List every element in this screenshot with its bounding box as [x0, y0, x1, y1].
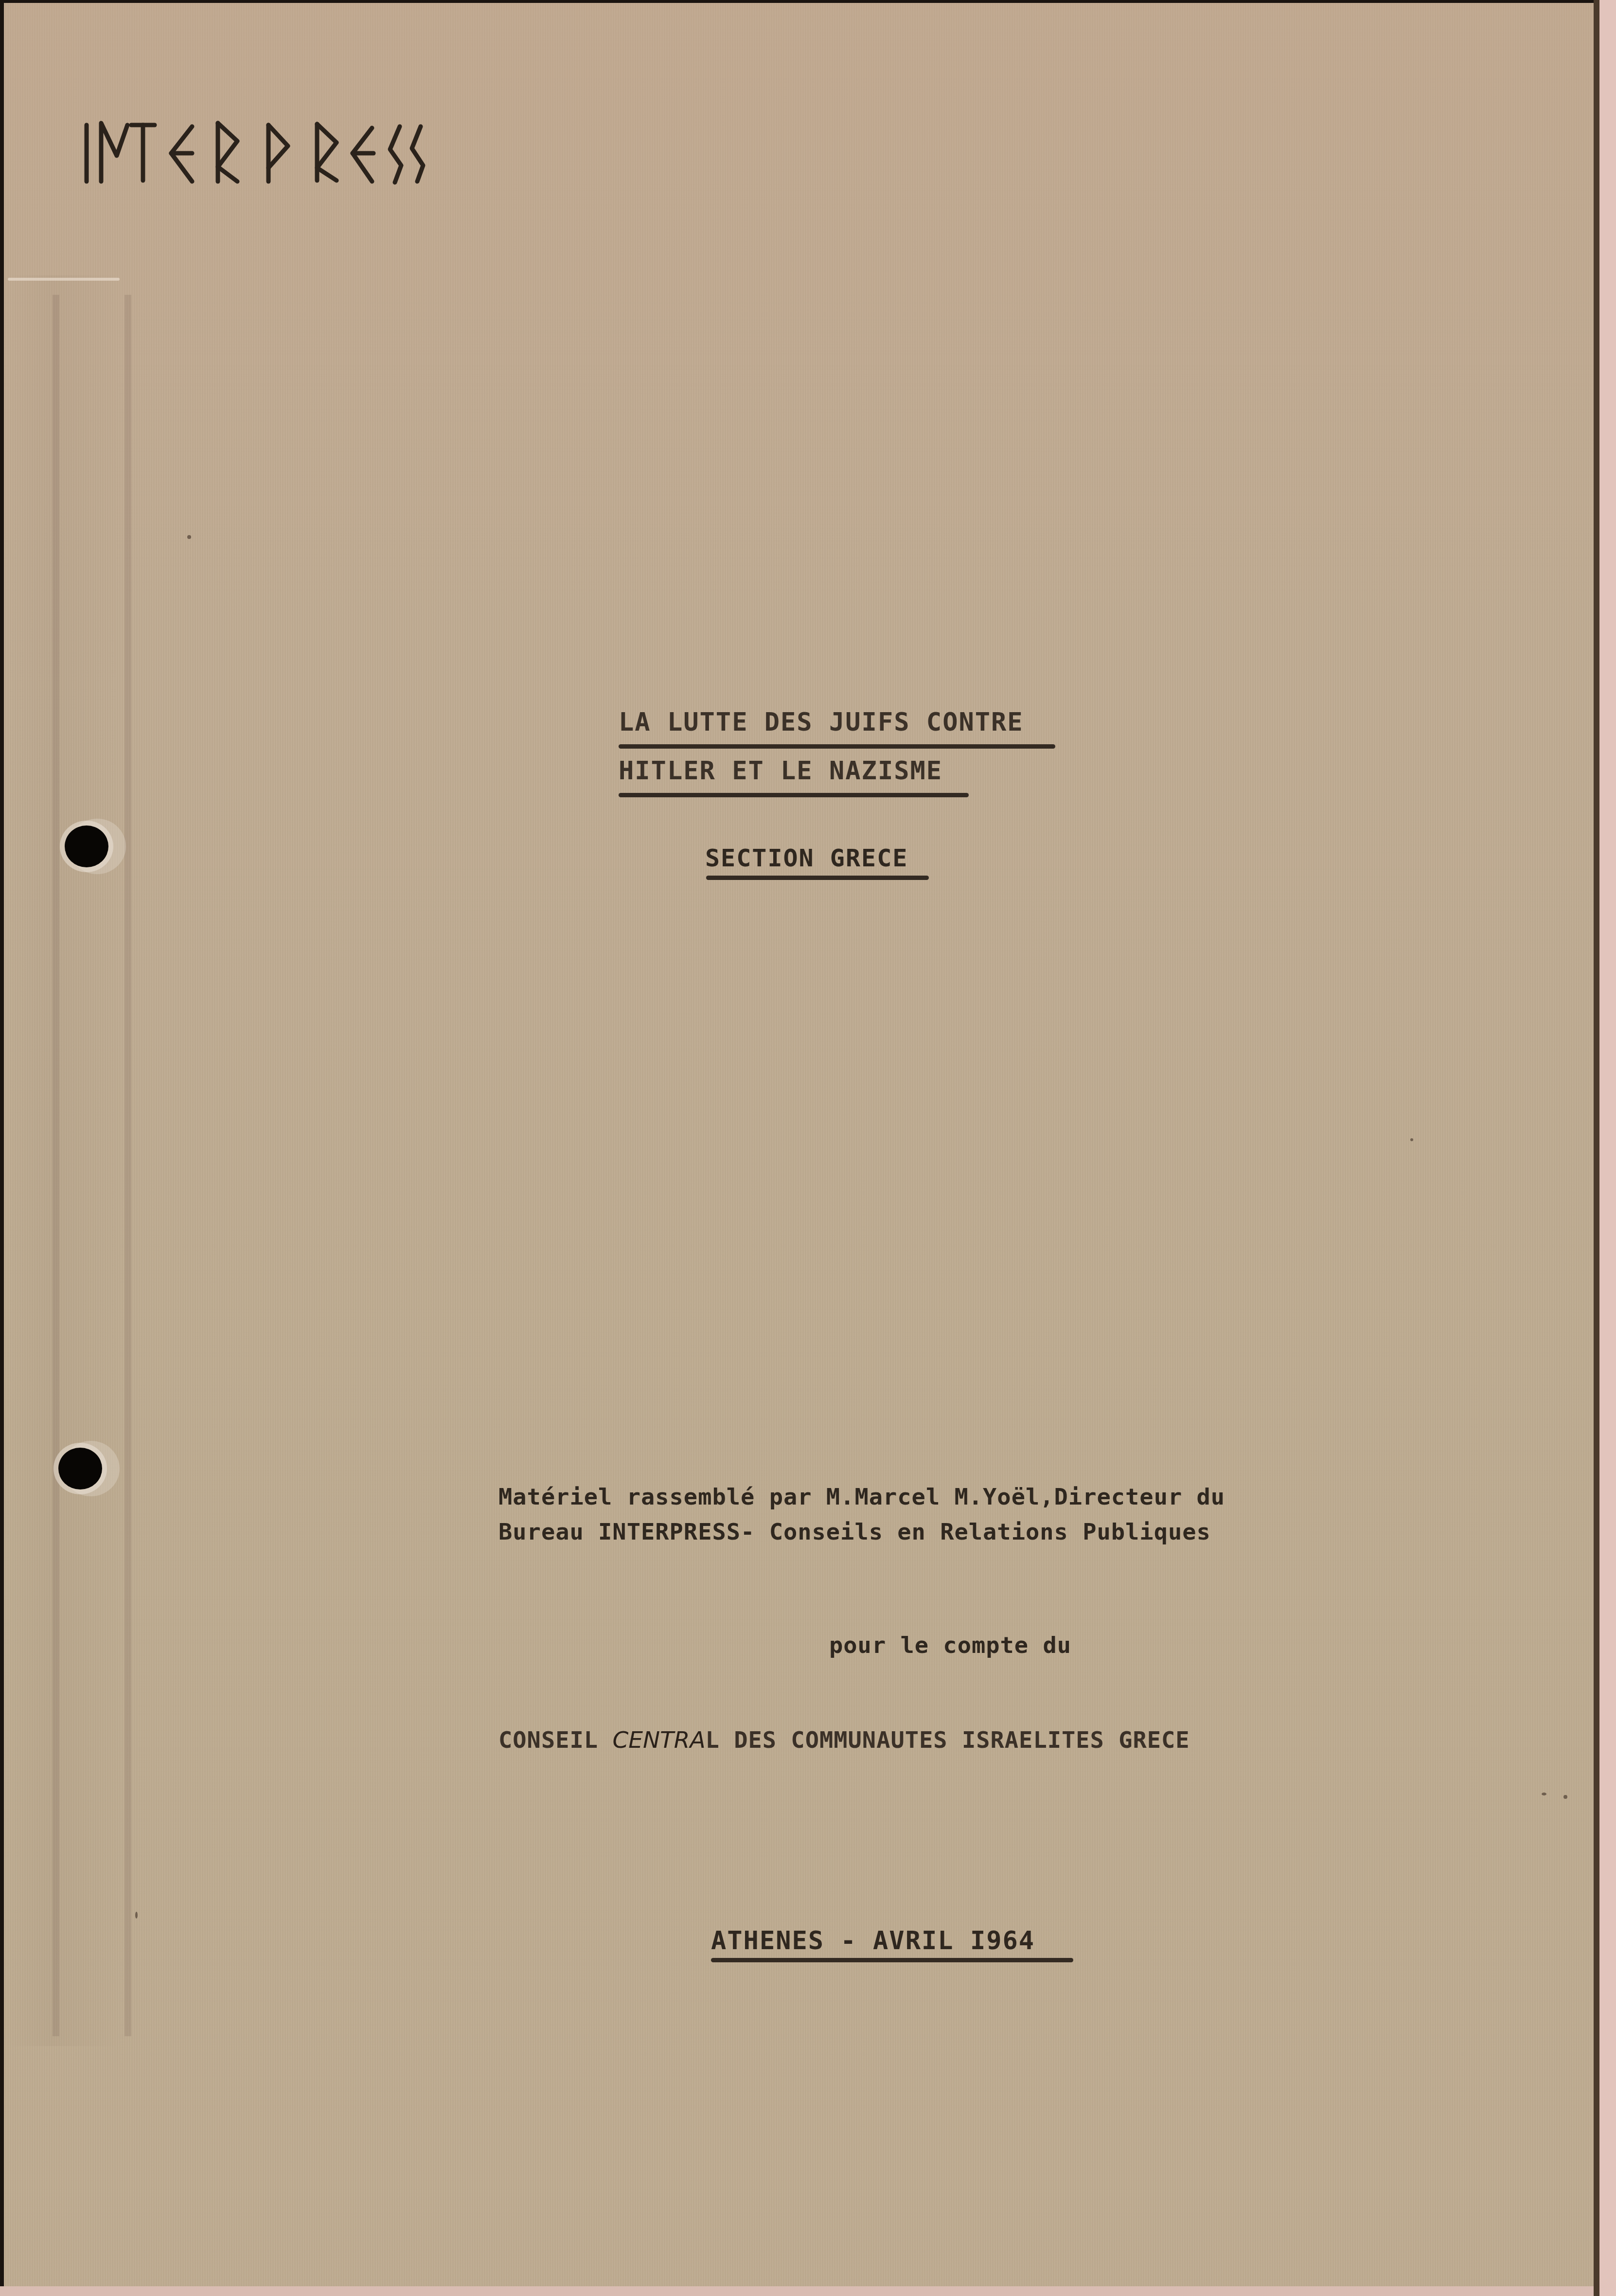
paper-speck: [187, 535, 191, 539]
backing-sheet: [1599, 0, 1616, 2296]
punch-hole-top: [65, 825, 108, 867]
binding-mark: [53, 295, 59, 2036]
paper-speck: [135, 1912, 138, 1919]
paper-crease: [8, 278, 120, 281]
client-intro: pour le compte du: [829, 1632, 1071, 1659]
title-underline: [619, 793, 969, 797]
credit-line-1: Matériel rassemblé par M.Marcel M.Yoël,D…: [498, 1484, 1225, 1510]
paper-speck: [1542, 1793, 1546, 1795]
place-date: ATHENES - AVRIL I964: [711, 1926, 1035, 1955]
document-title-line-1: LA LUTTE DES JUIFS CONTRE: [619, 708, 1024, 737]
credit-line-2: Bureau INTERPRESS- Conseils en Relations…: [498, 1519, 1211, 1545]
section-heading: SECTION GRECE: [705, 844, 908, 872]
date-underline: [711, 1958, 1073, 1962]
punch-hole-bottom: [58, 1448, 102, 1489]
section-underline: [706, 876, 929, 880]
binding-margin: [8, 275, 120, 2046]
client-name-prefix: CONSEIL: [498, 1727, 612, 1754]
binding-mark: [124, 295, 131, 2036]
paper-speck: [1563, 1795, 1567, 1799]
handwritten-correction: CENTRA: [612, 1727, 705, 1754]
page-edge: [1594, 0, 1599, 2296]
document-title-line-2: HITLER ET LE NAZISME: [619, 756, 942, 786]
client-name-suffix: L DES COMMUNAUTES ISRAELITES GRECE: [706, 1727, 1190, 1754]
interpress-logo: [83, 119, 627, 187]
title-underline: [619, 744, 1055, 749]
client-name: CONSEIL CENTRAL DES COMMUNAUTES ISRAELIT…: [498, 1727, 1190, 1754]
backing-sheet-bottom: [0, 2286, 1594, 2296]
paper-speck: [1410, 1138, 1413, 1141]
